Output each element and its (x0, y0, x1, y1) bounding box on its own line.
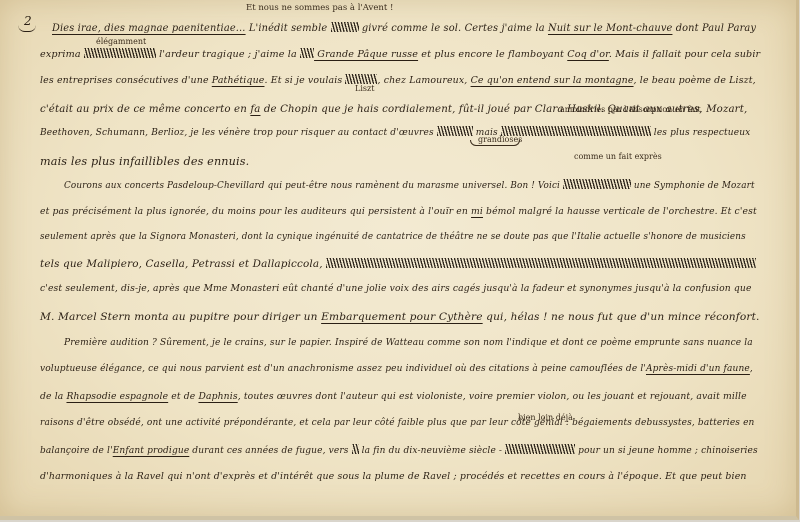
manuscript-line-17: balançoire de l'Enfant prodigue durant c… (40, 444, 758, 456)
manuscript-line-10: tels que Malipiero, Casella, Petrassi et… (40, 258, 756, 270)
manuscript-line-1: Dies irae, dies magnae paenitentiae... L… (52, 22, 756, 34)
strikethrough-scribble (326, 258, 756, 268)
strikethrough-scribble (437, 126, 473, 136)
manuscript-line-11: c'est seulement, dis-je, après que Mme M… (40, 283, 752, 294)
page-number-flourish (18, 25, 36, 32)
manuscript-line-5: Beethoven, Schumann, Berlioz, je les vén… (40, 126, 750, 138)
manuscript-line-18: d'harmoniques à la Ravel qui n'ont d'exp… (40, 471, 747, 482)
strikethrough-scribble (501, 126, 651, 136)
strikethrough-scribble (300, 48, 314, 58)
manuscript-line-3: les entreprises consécutives d'une Pathé… (40, 74, 756, 86)
manuscript-line-15: de la Rhapsodie espagnole et de Daphnis,… (40, 391, 747, 402)
strikethrough-scribble (331, 22, 359, 32)
insertion-line6: comme un fait exprès (574, 152, 662, 161)
strikethrough-scribble (505, 444, 575, 454)
insertion-line2: élégamment (96, 37, 146, 46)
manuscript-line-12: M. Marcel Stern monta au pupitre pour di… (40, 311, 760, 323)
manuscript-line-7: Courons aux concerts Pasdeloup-Chevillar… (64, 179, 755, 191)
manuscript-line-16: raisons d'être obsédé, ont une activité … (40, 418, 755, 428)
manuscript-line-9: seulement après que la Signora Monasteri… (40, 232, 746, 242)
manuscript-line-4: c'était au prix de ce même concerto en f… (40, 104, 747, 115)
manuscript-line-8: et pas précisément la plus ignorée, du m… (40, 206, 757, 217)
manuscript-page: 2 Et nous ne sommes pas à l'Avent ! élég… (0, 0, 799, 520)
strikethrough-scribble (345, 74, 377, 84)
strikethrough-scribble (563, 179, 631, 189)
manuscript-line-2: exprima l'ardeur tragique ; j'aime la Gr… (40, 48, 760, 60)
manuscript-line-14: voluptueuse élégance, ce qui nous parvie… (40, 364, 753, 374)
manuscript-line-6: mais les plus infaillibles des ennuis. (40, 155, 249, 168)
insertion-brace (470, 140, 520, 146)
strikethrough-scribble (352, 444, 359, 454)
strikethrough-scribble (84, 48, 156, 58)
insertion-top-right: Et nous ne sommes pas à l'Avent ! (246, 3, 393, 13)
manuscript-line-13: Première audition ? Sûrement, je le crai… (64, 338, 753, 348)
